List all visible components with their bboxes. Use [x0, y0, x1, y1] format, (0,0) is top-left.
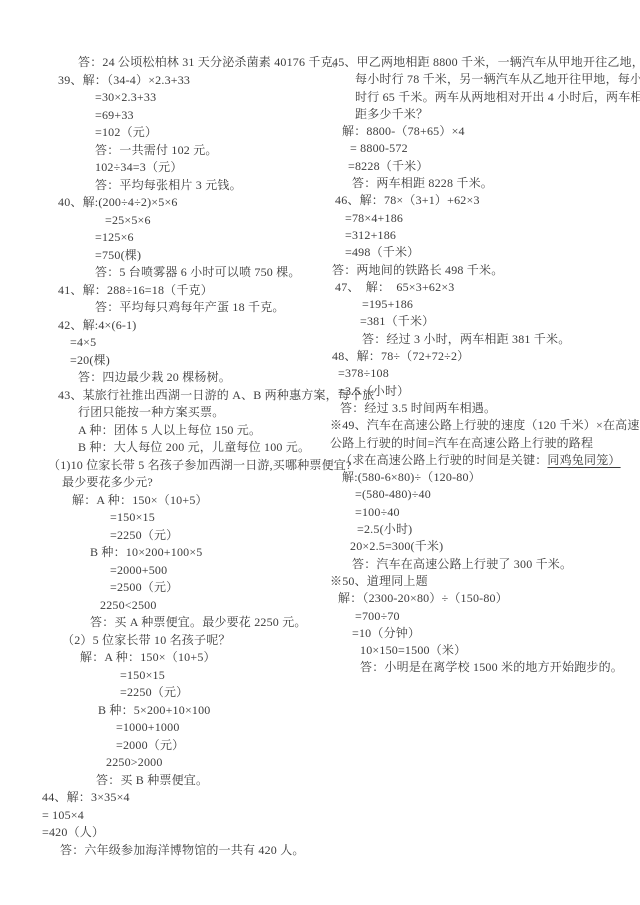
answer-line-text: 解：A 种：150×（10+5）	[72, 493, 208, 507]
answer-line: B 种：10×200+100×5	[40, 544, 336, 562]
answer-column-right: 45、甲乙两地相距 8800 千米，一辆汽车从甲地开往乙地，每小时行 78 千米…	[330, 54, 638, 677]
answer-line-text: =1000+1000	[116, 720, 180, 734]
answer-line: 答：平均每张相片 3 元钱。	[40, 177, 336, 195]
answer-line: =2.5(小时)	[330, 521, 638, 538]
answer-line-text: 47、 解： 65×3+62×3	[335, 280, 455, 294]
answer-line: =25×5×6	[40, 212, 336, 230]
answer-line: 每小时行 78 千米，另一辆汽车从乙地开往甲地，每小	[330, 71, 638, 88]
answer-line: =102（元）	[40, 124, 336, 142]
answer-line-text: 公路上行驶的时间=汽车在高速公路上行驶的路程	[330, 436, 593, 450]
answer-line-text: =(580-480)÷40	[355, 487, 431, 501]
answer-line-text: =381（千米）	[360, 314, 434, 328]
answer-line: 距多少千米？	[330, 106, 638, 123]
answer-line-text: =195+186	[362, 297, 413, 311]
answer-line: 答：买 A 种票便宜。最少要花 2250 元。	[40, 614, 336, 632]
answer-line-text: 时行 65 千米。两车从两地相对开出 4 小时后，两车相	[355, 90, 640, 104]
answer-line-text: 解:(580-6×80)÷（120-80）	[342, 470, 481, 484]
answer-line: ※50、道理同上题	[330, 573, 638, 590]
answer-line: 答：汽车在高速公路上行驶了 300 千米。	[330, 556, 638, 573]
answer-line-text: =750(棵)	[95, 248, 141, 262]
answer-line-text: B 种：10×200+100×5	[90, 545, 203, 559]
answer-line: 答：经过 3.5 时间两车相遇。	[330, 400, 638, 417]
answer-line-text: =25×5×6	[105, 213, 151, 227]
answer-line: 答：小明是在离学校 1500 米的地方开始跑步的。	[330, 659, 638, 676]
answer-line: =8228（千米）	[330, 158, 638, 175]
answer-line: 解：A 种：150×（10+5）	[40, 649, 336, 667]
answer-line: = 8800-572	[330, 140, 638, 157]
answer-line-text: 行团只能按一种方案买票。	[78, 405, 224, 419]
answer-line: 答：六年级参加海洋博物馆的一共有 420 人。	[40, 842, 336, 860]
answer-line: =2250（元）	[40, 684, 336, 702]
answer-line-text: 答：经过 3.5 时间两车相遇。	[340, 401, 496, 415]
answer-line-text: 答：24 公顷松柏林 31 天分泌杀菌素 40176 千克。	[78, 55, 345, 69]
answer-line: 解：（2300-20×80）÷（150-80）	[330, 590, 638, 607]
answer-line: =4×5	[40, 334, 336, 352]
answer-line: =10（分钟）	[330, 625, 638, 642]
answer-line-text: 43、某旅行社推出西湖一日游的 A、B 两种惠方案，每个旅	[58, 388, 374, 402]
answer-line: 答：经过 3 小时，两车相距 381 千米。	[330, 331, 638, 348]
answer-line: 答：5 台喷雾器 6 小时可以喷 750 棵。	[40, 264, 336, 282]
answer-line-text: 答：买 A 种票便宜。最少要花 2250 元。	[90, 615, 307, 629]
answer-line-text: =10（分钟）	[352, 626, 420, 640]
answer-line-text: 答：买 B 种票便宜。	[96, 773, 208, 787]
answer-line-text: =69+33	[95, 108, 134, 122]
answer-line: 2250>2000	[40, 754, 336, 772]
answer-line-text: 2250>2000	[106, 755, 163, 769]
answer-line-text: 41、解：288÷16=18（千克）	[58, 283, 213, 297]
answer-line-text: =125×6	[95, 230, 134, 244]
answer-line: =381（千米）	[330, 313, 638, 330]
answer-column-left: 答：24 公顷松柏林 31 天分泌杀菌素 40176 千克。39、解：（34-4…	[40, 54, 336, 859]
answer-line-text: 答：汽车在高速公路上行驶了 300 千米。	[352, 557, 572, 571]
answer-line-text: =20(棵)	[70, 353, 110, 367]
answer-line: 45、甲乙两地相距 8800 千米，一辆汽车从甲地开往乙地，	[330, 54, 638, 71]
answer-line-text: =4×5	[70, 335, 96, 349]
answer-line: 20×2.5=300(千米)	[330, 538, 638, 555]
answer-line-text: 答：两车相距 8228 千米。	[352, 176, 493, 190]
answer-line: 答：24 公顷松柏林 31 天分泌杀菌素 40176 千克。	[40, 54, 336, 72]
answer-line-text: 答：5 台喷雾器 6 小时可以喷 750 棵。	[95, 265, 301, 279]
answer-line-text: 解：（2300-20×80）÷（150-80）	[338, 591, 508, 605]
answer-line: 40、解:(200÷4÷2)×5×6	[40, 194, 336, 212]
answer-line: 47、 解： 65×3+62×3	[330, 279, 638, 296]
answer-line-text: =150×15	[110, 510, 155, 524]
answer-line: =20(棵)	[40, 352, 336, 370]
answer-line: =30×2.3+33	[40, 89, 336, 107]
answer-line-text: A 种：团体 5 人以上每位 150 元。	[78, 423, 261, 437]
answer-line-text: （求在高速公路上行驶的时间是关键：	[340, 453, 547, 467]
answer-line-text: （1)10 位家长带 5 名孩子参加西湖一日游,买哪种票便宜?	[48, 458, 352, 472]
answer-line: =195+186	[330, 296, 638, 313]
answer-line: 最少要花多少元?	[40, 474, 336, 492]
answer-line-text: （2）5 位家长带 10 名孩子呢？	[62, 633, 231, 647]
answer-line: =100÷40	[330, 504, 638, 521]
answer-line-text: 答：平均每张相片 3 元钱。	[95, 178, 242, 192]
answer-line-text: 答：四边最少栽 20 棵杨树。	[78, 370, 231, 384]
answer-line-text: 42、解:4×(6-1)	[58, 318, 137, 332]
answer-line: 48、解：78÷（72+72÷2）	[330, 348, 638, 365]
answer-line-text: =498（千米）	[345, 245, 419, 259]
answer-line: （求在高速公路上行驶的时间是关键：同鸡兔同笼）	[330, 452, 638, 469]
answer-line: =312+186	[330, 227, 638, 244]
answer-line-text: =2500（元）	[110, 580, 178, 594]
answer-line: =2000（元）	[40, 737, 336, 755]
answer-line-text: ※50、道理同上题	[330, 574, 428, 588]
answer-line: =(580-480)÷40	[330, 486, 638, 503]
answer-line-text: 10×150=1500（米）	[360, 643, 466, 657]
answer-line: =125×6	[40, 229, 336, 247]
answer-line: 39、解：（34-4）×2.3+33	[40, 72, 336, 90]
answer-line: A 种：团体 5 人以上每位 150 元。	[40, 422, 336, 440]
answer-line-text: 每小时行 78 千米，另一辆汽车从乙地开往甲地，每小	[355, 72, 640, 86]
answer-line: = 105×4	[40, 807, 336, 825]
answer-line-text: = 8800-572	[350, 141, 408, 155]
answer-line: 43、某旅行社推出西湖一日游的 A、B 两种惠方案，每个旅	[40, 387, 336, 405]
answer-line: =2500（元）	[40, 579, 336, 597]
answer-line: =150×15	[40, 509, 336, 527]
answer-line: 41、解：288÷16=18（千克）	[40, 282, 336, 300]
answer-line: =420（人）	[40, 824, 336, 842]
underlined-key-phrase: 同鸡兔同笼）	[547, 453, 620, 467]
answer-line: （1)10 位家长带 5 名孩子参加西湖一日游,买哪种票便宜?	[40, 457, 336, 475]
answer-line: 解：8800-（78+65）×4	[330, 123, 638, 140]
answer-line: 102÷34=3（元）	[40, 159, 336, 177]
answer-line: 行团只能按一种方案买票。	[40, 404, 336, 422]
answer-line: =378÷108	[330, 365, 638, 382]
answer-line: =1000+1000	[40, 719, 336, 737]
answer-line: =498（千米）	[330, 244, 638, 261]
answer-line-text: =78×4+186	[345, 211, 403, 225]
answer-line-text: =150×15	[120, 668, 165, 682]
answer-line: 答：四边最少栽 20 棵杨树。	[40, 369, 336, 387]
answer-line-text: ※49、汽车在高速公路上行驶的速度（120 千米）×在高速	[330, 418, 640, 432]
answer-line-text: B 种：5×200+10×100	[98, 703, 211, 717]
document-page: 答：24 公顷松柏林 31 天分泌杀菌素 40176 千克。39、解：（34-4…	[0, 0, 640, 905]
answer-line: =2000+500	[40, 562, 336, 580]
answer-line-text: 答：小明是在离学校 1500 米的地方开始跑步的。	[360, 660, 623, 674]
answer-line-text: =30×2.3+33	[95, 90, 156, 104]
answer-line: 答：平均每只鸡每年产蛋 18 千克。	[40, 299, 336, 317]
answer-line-text: =2000+500	[110, 563, 167, 577]
answer-line: 10×150=1500（米）	[330, 642, 638, 659]
answer-line: =750(棵)	[40, 247, 336, 265]
answer-line-text: =2250（元）	[110, 528, 178, 542]
answer-line-text: =312+186	[345, 228, 396, 242]
answer-line-text: =420（人）	[42, 825, 104, 839]
answer-line-text: 20×2.5=300(千米)	[350, 539, 443, 553]
answer-line-text: 40、解:(200÷4÷2)×5×6	[58, 195, 178, 209]
answer-line-text: 答：六年级参加海洋博物馆的一共有 420 人。	[60, 843, 305, 857]
answer-line-text: 39、解：（34-4）×2.3+33	[58, 73, 190, 87]
answer-line: 解：A 种：150×（10+5）	[40, 492, 336, 510]
answer-line: ※49、汽车在高速公路上行驶的速度（120 千米）×在高速	[330, 417, 638, 434]
answer-line-text: =2250（元）	[120, 685, 188, 699]
answer-line-text: 48、解：78÷（72+72÷2）	[332, 349, 469, 363]
answer-line: =78×4+186	[330, 210, 638, 227]
answer-line-text: 45、甲乙两地相距 8800 千米，一辆汽车从甲地开往乙地，	[332, 55, 640, 69]
answer-line-text: =2.5(小时)	[357, 522, 412, 536]
answer-line-text: 46、解：78×（3+1）+62×3	[335, 193, 480, 207]
answer-line-text: B 种：大人每位 200 元，儿童每位 100 元。	[78, 440, 310, 454]
answer-line: =150×15	[40, 667, 336, 685]
answer-line-text: = 105×4	[42, 808, 84, 822]
answer-line-text: 答：经过 3 小时，两车相距 381 千米。	[362, 332, 570, 346]
answer-line: 答：买 B 种票便宜。	[40, 772, 336, 790]
answer-line: =2250（元）	[40, 527, 336, 545]
answer-line-text: 102÷34=3（元）	[95, 160, 183, 174]
answer-line-text: =100÷40	[355, 505, 400, 519]
answer-line-text: =700÷70	[355, 609, 400, 623]
answer-line-text: 解：A 种：150×（10+5）	[80, 650, 216, 664]
answer-line-text: =378÷108	[338, 366, 389, 380]
answer-line-text: 距多少千米？	[355, 107, 428, 121]
answer-line: 2250<2500	[40, 597, 336, 615]
answer-line: 公路上行驶的时间=汽车在高速公路上行驶的路程	[330, 435, 638, 452]
answer-line: 答：两车相距 8228 千米。	[330, 175, 638, 192]
answer-line-text: =102（元）	[95, 125, 157, 139]
answer-line: 46、解：78×（3+1）+62×3	[330, 192, 638, 209]
answer-line-text: 最少要花多少元?	[62, 475, 153, 489]
answer-line: =700÷70	[330, 608, 638, 625]
answer-line: =3.5（小时）	[330, 383, 638, 400]
answer-line-text: =2000（元）	[116, 738, 184, 752]
answer-line-text: =3.5（小时）	[338, 384, 409, 398]
answer-line: 42、解:4×(6-1)	[40, 317, 336, 335]
answer-line: B 种：大人每位 200 元，儿童每位 100 元。	[40, 439, 336, 457]
answer-line-text: 44、解：3×35×4	[42, 790, 130, 804]
answer-line-text: 2250<2500	[100, 598, 157, 612]
answer-line-text: 答：一共需付 102 元。	[95, 143, 218, 157]
answer-line: 答：一共需付 102 元。	[40, 142, 336, 160]
answer-line-text: 答：平均每只鸡每年产蛋 18 千克。	[95, 300, 285, 314]
answer-line: 解:(580-6×80)÷（120-80）	[330, 469, 638, 486]
answer-line-text: 解：8800-（78+65）×4	[342, 124, 465, 138]
answer-line: （2）5 位家长带 10 名孩子呢？	[40, 632, 336, 650]
answer-line: 44、解：3×35×4	[40, 789, 336, 807]
answer-line: 时行 65 千米。两车从两地相对开出 4 小时后，两车相	[330, 89, 638, 106]
answer-line-text: 答：两地间的铁路长 498 千米。	[332, 263, 503, 277]
answer-line-text: =8228（千米）	[348, 159, 429, 173]
answer-line: B 种：5×200+10×100	[40, 702, 336, 720]
answer-line: =69+33	[40, 107, 336, 125]
answer-line: 答：两地间的铁路长 498 千米。	[330, 262, 638, 279]
